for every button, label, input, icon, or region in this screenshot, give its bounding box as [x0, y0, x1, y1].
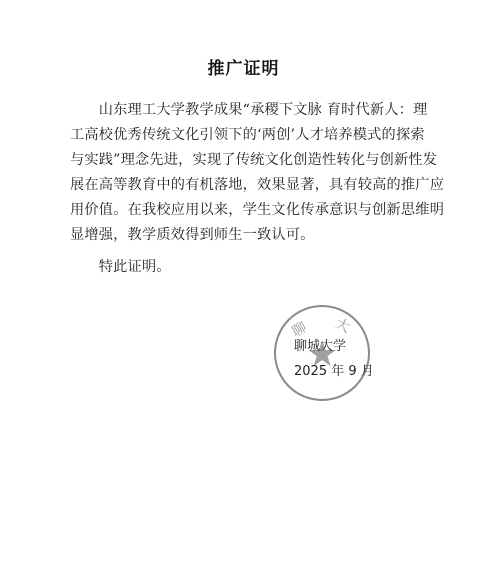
- signature-date: 2025 年 9 月: [294, 360, 374, 379]
- document-page: 推广证明 山东理工大学教学成果“承稷下文脉 育时代新人：理 工高校优秀传统文化引…: [0, 0, 487, 561]
- closing-line: 特此证明。: [70, 256, 415, 276]
- signer-name: 聊城大学: [294, 335, 346, 354]
- body-line-5: 用价值。在我校应用以来，学生文化传承意识与创新思维明: [70, 199, 415, 219]
- document-title: 推广证明: [0, 54, 487, 79]
- body-line-6: 显增强，教学质效得到师生一致认可。: [70, 224, 415, 244]
- body-line-2: 工高校优秀传统文化引领下的‘两创’人才培养模式的探索: [70, 124, 415, 144]
- body-line-3: 与实践”理念先进，实现了传统文化创造性转化与创新性发: [70, 149, 415, 169]
- body-line-4: 展在高等教育中的有机落地，效果显著，具有较高的推广应: [70, 174, 415, 194]
- body-line-1: 山东理工大学教学成果“承稷下文脉 育时代新人：理: [70, 99, 415, 119]
